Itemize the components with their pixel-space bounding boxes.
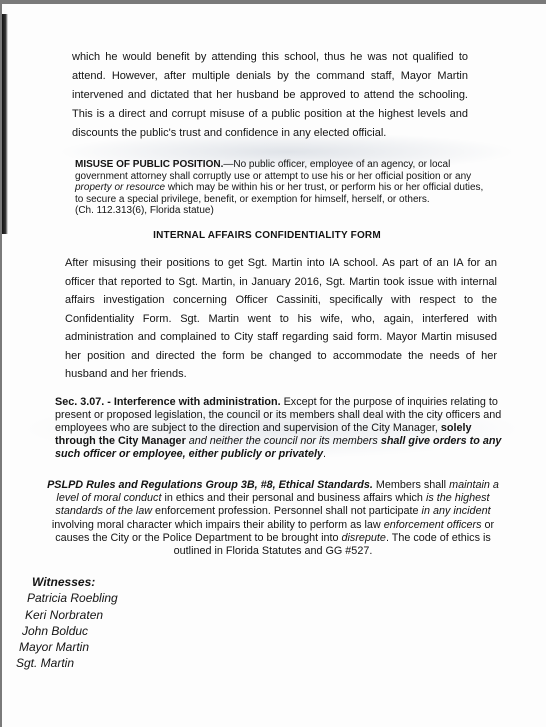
witness-name: Patricia Roebling	[14, 590, 118, 606]
witness-list: Witnesses: Patricia Roebling Keri Norbra…	[14, 574, 118, 672]
statute-misuse-of-public-position: MISUSE OF PUBLIC POSITION.—No public off…	[75, 159, 487, 217]
statute-ethical-standards: PSLPD Rules and Regulations Group 3B, #8…	[36, 479, 510, 558]
witness-list-title: Witnesses:	[14, 574, 118, 590]
witness-name: John Bolduc	[14, 623, 118, 639]
statute-heading: MISUSE OF PUBLIC POSITION.	[75, 159, 223, 170]
scan-shadow	[2, 14, 8, 234]
statute-heading: Sec. 3.07. - Interference with administr…	[55, 396, 281, 408]
statute-citation: (Ch. 112.313(6), Florida statue)	[75, 205, 214, 216]
witness-name: Mayor Martin	[14, 639, 118, 655]
document-page: which he would benefit by attending this…	[2, 4, 546, 727]
witness-name: Keri Norbraten	[14, 607, 118, 623]
statute-interference-with-administration: Sec. 3.07. - Interference with administr…	[55, 396, 510, 461]
statute-heading: PSLPD Rules and Regulations Group 3B, #8…	[47, 479, 373, 491]
witness-name: Sgt. Martin	[14, 655, 118, 671]
paragraph-confidentiality-form: After misusing their positions to get Sg…	[65, 254, 497, 384]
paragraph-school-approval: which he would benefit by attending this…	[72, 48, 468, 143]
section-heading: INTERNAL AFFAIRS CONFIDENTIALITY FORM	[102, 230, 432, 241]
